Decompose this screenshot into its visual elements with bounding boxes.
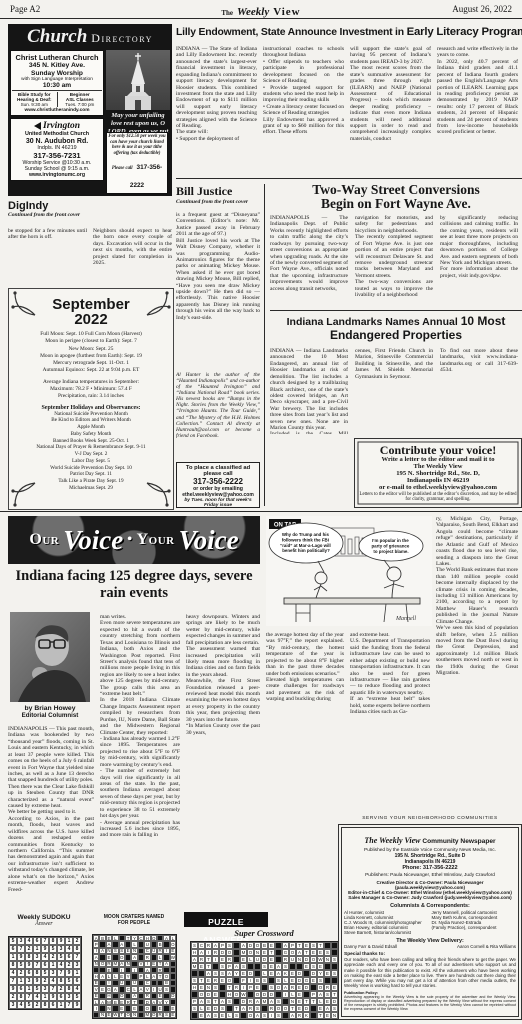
section-rule: [176, 178, 522, 179]
almanac-line: Autumnal Equinox: Sept. 22 at 9:04 p.m. …: [9, 367, 173, 374]
bill-justice-author-bio: Al Hunter is the author of the “Haunted …: [176, 372, 260, 458]
voice-headline-1: Indiana facing 125 degree days, severe: [8, 568, 260, 585]
september-almanac-box: September 2022 Full Moon: Sept. 10 Full …: [8, 288, 174, 510]
asl-3: Tues. 7:00 pm: [58, 102, 103, 107]
flourish-bottom-right-icon: [145, 481, 171, 507]
contribute-address: 195 N. Shortridge Rd., Ste. D,: [359, 470, 517, 477]
contribute-voice-box: Contribute your voice! Write a letter to…: [354, 438, 522, 508]
masthead-owner-1: Creative Director & Co-Owner: Paula Nice…: [344, 880, 516, 890]
church-title-script: Church: [27, 26, 87, 48]
umc-phone: 317-356-7231: [12, 151, 102, 160]
voice-byline: by Brian Howey Editorial Columnist: [8, 705, 92, 719]
contribute-fine-print: Letters to the editor will be published …: [359, 492, 517, 503]
flourish-bottom-left-icon: [11, 481, 37, 507]
bill-justice-article: Bill Justice Continued from the front co…: [176, 184, 260, 205]
landmarks-headline-bold1: 10 Most: [461, 314, 506, 328]
column-divider: [264, 184, 265, 506]
sudoku-answer-block: Weekly SUDOKU Answer: [6, 914, 82, 927]
bill-justice-continued-line: Continued from the front cover: [176, 199, 260, 205]
umc-subtitle: United Methodist Church: [12, 131, 102, 137]
christ-lutheran-listing: Christ Lutheran Church 345 N. Kitley Ave…: [10, 50, 104, 116]
bible-study-3: Sun. 9:30 am: [12, 102, 57, 107]
delivery-names-right: Aaron Cornell & Rita Williams: [457, 944, 516, 949]
holiday-line: Baby Safety Month: [9, 431, 173, 438]
thanks-text: Our readers, who have been calling and t…: [344, 957, 516, 989]
correspondent: (Family Practice), correspondent: [432, 925, 517, 930]
temps-line: Maximum: 78.2 F • Minimum: 57.4 F: [9, 386, 173, 393]
contribute-title: Contribute your voice!: [359, 444, 517, 456]
masthead-view: View: [273, 6, 300, 18]
our-voice-your-voice-banner: Our Voice • Your Voice: [8, 516, 260, 564]
asl-classes-cell: Beginner ASL Classes Tues. 7:00 pm: [58, 92, 103, 107]
folio-page-number: Page A2: [10, 4, 40, 14]
landmarks-headline: Indiana Landmarks Names Annual 10 Most E…: [270, 314, 522, 342]
flourish-top-left-icon: [11, 291, 37, 317]
almanac-line: Mercury retrograde Sept. 11-Oct. 1: [9, 360, 173, 367]
church-steeple-photo: [106, 50, 170, 110]
church-name: Christ Lutheran Church: [12, 53, 102, 62]
irvington-wordmark: Irvington: [43, 121, 80, 131]
umc-address: 30 N. Audubon Rd.: [12, 138, 102, 145]
voice-article-headline: Indiana facing 125 degree days, severe r…: [8, 568, 260, 601]
masthead-weekly: Weekly: [237, 6, 269, 18]
policy-text: Advertising appearing in the Weekly View…: [344, 995, 516, 1012]
masthead-owner-3: Sales Manager & Co-Owner: Judy Crawford …: [344, 895, 516, 900]
promo-text: For only $12.50 per week you can have yo…: [108, 134, 166, 156]
digindy-col-2: Neighbors should expect to hear the horn…: [93, 228, 172, 284]
classified-phone: 317-356-2222: [178, 477, 258, 486]
columnist: Steve Barnett, historian/columnist: [344, 930, 429, 935]
church-directory-ad: Church Directory Christ Lutheran Church …: [8, 24, 172, 196]
almanac-line: Moon in apogee (furthest from Earth): Se…: [9, 353, 173, 360]
voice-section-rule: [0, 511, 522, 512]
flourish-top-right-icon: [145, 291, 171, 317]
brian-howey-photo: [10, 612, 90, 702]
contribute-line: Write a letter to the editor and mail it…: [359, 456, 517, 463]
lilly-col-1: INDIANA — The State of Indiana and Lilly…: [176, 46, 257, 174]
byline-name: by Brian Howey: [8, 705, 92, 712]
bible-study-cell: Bible Study for Hearing & Deaf: Sun. 9:3…: [12, 92, 58, 107]
columnists-heading: Columnists & Correspondents:: [344, 903, 516, 909]
header-rule: [0, 18, 522, 19]
holiday-line: National Days of Prayer & Remembrance Se…: [9, 444, 173, 451]
lilly-headline: Lilly Endowment, State Announce Investme…: [176, 26, 522, 38]
sudoku-answer-grid: 5346789126721953481983425678597614234268…: [8, 936, 82, 1010]
banner-our: Our: [29, 531, 59, 549]
masthead-the: The: [221, 9, 233, 17]
classified-ad-box: To place a classified ad please call 317…: [176, 462, 260, 508]
masthead-phone: Phone: 317-356-2222: [344, 865, 516, 871]
digindy-continued-line: Continued from the front cover: [8, 212, 172, 218]
banner-your: Your: [137, 531, 175, 549]
moon-craters-answer-grid: ABELTYCHOALPAALUBOIANSSENCURIEAEOARLWNOR…: [92, 934, 177, 1019]
cartoonist-signature: Mannell: [395, 616, 416, 622]
twoway-col-3: by significantly reducing collisions and…: [440, 215, 518, 307]
holiday-line: Labor Day Sept. 5: [9, 458, 173, 465]
lilly-headline-bold: Early Literacy Programs: [407, 26, 522, 38]
moon-craters-crossword-block: MOON CRATERS NAMED FOR PEOPLE: [88, 914, 180, 926]
delivery-names-left: Danny Farr & David Edsall: [344, 944, 397, 949]
holiday-line: V-J Day Sept. 2: [9, 451, 173, 458]
voice-col-4: the average hottest day of the year was …: [266, 632, 344, 810]
listing-promo-box: For only $12.50 per week you can have yo…: [106, 132, 168, 194]
temps-line: Precipitation, rain: 3.14 inches: [9, 393, 173, 400]
twoway-col-2: navigation for motorists, and safety for…: [355, 215, 433, 307]
masthead-publishers: Publishers: Paula Nicewanger, Ethel Wins…: [344, 873, 516, 878]
landmarks-col-2: cennes, First Friends Church in Marion, …: [355, 348, 433, 434]
masthead-paper-type: Community Newspaper: [421, 838, 496, 845]
banner-dot: •: [127, 532, 132, 548]
masthead-info-box: The Weekly View Community Newspaper Publ…: [338, 824, 522, 1020]
holiday-line: World Suicide Prevention Day Sept. 10: [9, 465, 173, 472]
masthead-paper-name: The Weekly View: [364, 836, 420, 845]
promo-call: Please call: [112, 166, 133, 171]
super-crossword-title: Super Crossword: [190, 929, 338, 938]
section-rule: [270, 310, 522, 311]
lilly-col-3: will support the state’s goal of having …: [350, 46, 431, 174]
digindy-article: DigIndy Continued from the front cover: [8, 200, 172, 218]
moon-facts-list: Full Moon: Sept. 10 Full Corn Moon (Harv…: [9, 331, 173, 375]
church-website: www.christlutheranindy.com: [12, 108, 102, 113]
almanac-line: Moon in perigee (closest to Earth): Sept…: [9, 338, 173, 345]
columnists-right-list: Jerry Mannell, political cartoonist Mary…: [432, 910, 517, 935]
twoway-headline-2: Begin on Fort Wayne Ave.: [270, 197, 522, 211]
svg-text:I’m popular in the party: I’m popular in the party of grievance to…: [371, 538, 410, 554]
voice-col-2: man writes. Even more severe temperature…: [100, 614, 180, 908]
bill-justice-headline: Bill Justice: [176, 184, 260, 199]
svg-text:Why do Trump and his fol: Why do Trump and his followers think the…: [280, 532, 332, 553]
temps-heading: Average Indiana temperatures in Septembe…: [9, 379, 173, 386]
contribute-email: or e-mail to ethel.weeklyview@yahoo.com: [359, 484, 517, 491]
irvington-umc-listing: Irvington United Methodist Church 30 N. …: [10, 118, 104, 181]
landmarks-headline-bold2: Endangered Properties: [270, 329, 522, 342]
holiday-line: Apple Month: [9, 424, 173, 431]
worship-line: Sunday Worship: [12, 70, 102, 77]
lilly-col-4: research and write effectively in the ye…: [437, 46, 518, 174]
landmarks-col-3: To find out more about these landmarks, …: [440, 348, 518, 434]
church-address: 345 N. Kitley Ave.: [12, 62, 102, 69]
classified-deadline: by Tues. noon for that week’s Friday iss…: [178, 498, 258, 508]
folio-date: August 26, 2022: [452, 4, 512, 14]
church-ad-title: Church Directory: [10, 26, 170, 50]
arrow-icon: [34, 122, 41, 130]
voice-col-1: INDIANAPOLIS — This past month, Indiana …: [8, 726, 94, 908]
almanac-line: New Moon: Sept. 25: [9, 346, 173, 353]
landmarks-col-1: INDIANA — Indiana Landmarks announced th…: [270, 348, 348, 434]
sudoku-answer-label: Answer: [6, 921, 82, 927]
super-crossword-answer-grid: SCRAPSADOBEAPTESTHAIRDOMONETGOATEESARTIE…: [190, 941, 339, 1020]
landmarks-headline-regular: Indiana Landmarks Names Annual: [287, 316, 461, 328]
lilly-headline-regular: Lilly Endowment, State Announce Investme…: [176, 27, 407, 38]
on-tap-editorial-cartoon: ON TAP Why do Trump and his followers th…: [266, 516, 432, 626]
bill-justice-body: is a frequent guest at “Disneyana” Conve…: [176, 212, 260, 368]
contribute-paper-name: The Weekly View: [359, 463, 517, 470]
voice-col-3: heavy downpours. Winters and springs are…: [186, 614, 260, 908]
twoway-headline-1: Two-Way Street Conversions: [270, 183, 522, 197]
worship-time: 10:30 am: [12, 82, 102, 89]
holiday-line: Be Kind to Editors and Writers Month: [9, 417, 173, 424]
voice-col-6: ry, Michigan City, Portage, Valparaiso, …: [436, 516, 518, 812]
temperature-block: Average Indiana temperatures in Septembe…: [9, 379, 173, 401]
umc-website: www.irvingtonumc.org: [12, 172, 102, 178]
twoway-headline: Two-Way Street Conversions Begin on Fort…: [270, 183, 522, 211]
banner-voice-2: Voice: [179, 525, 239, 556]
holidays-list: National Suicide Prevention Month Be Kin…: [9, 411, 173, 492]
holiday-line: Patriot Day Sept. 11: [9, 471, 173, 478]
irvington-logo: Irvington: [12, 121, 102, 131]
digindy-headline: DigIndy: [8, 200, 172, 212]
serving-communities-label: SERVING YOUR NEIGHBORHOOD COMMUNITIES: [338, 816, 522, 821]
crossword1-title-2: FOR PEOPLE: [88, 920, 180, 926]
holiday-line: National Suicide Prevention Month: [9, 411, 173, 418]
byline-title: Editorial Columnist: [8, 712, 92, 719]
church-title-caps: Directory: [91, 31, 153, 46]
voice-col-5: and extreme heat. U.S. Department of Tra…: [350, 632, 430, 810]
promo-phone: 317-356-2222: [130, 164, 162, 189]
newspaper-page: Page A2 The Weekly View August 26, 2022 …: [0, 0, 522, 1024]
puzzle-answers-banner: PUZZLE ANSWERS: [184, 912, 268, 927]
columnists-left-list: Al Hunter, columnist Linda Kennett, colu…: [344, 910, 429, 935]
twoway-col-1: INDIANAPOLIS — The Indianapolis Dept. of…: [270, 215, 348, 307]
contribute-city: Indianapolis IN 46219: [359, 477, 517, 484]
digindy-col-1: be stopped for a few minutes until after…: [8, 228, 87, 284]
lilly-col-2: instructional coaches to schools through…: [263, 46, 344, 174]
sudoku-title: Weekly SUDOKU: [6, 914, 82, 921]
voice-headline-2: rain events: [8, 585, 260, 602]
banner-voice-1: Voice: [63, 525, 123, 556]
